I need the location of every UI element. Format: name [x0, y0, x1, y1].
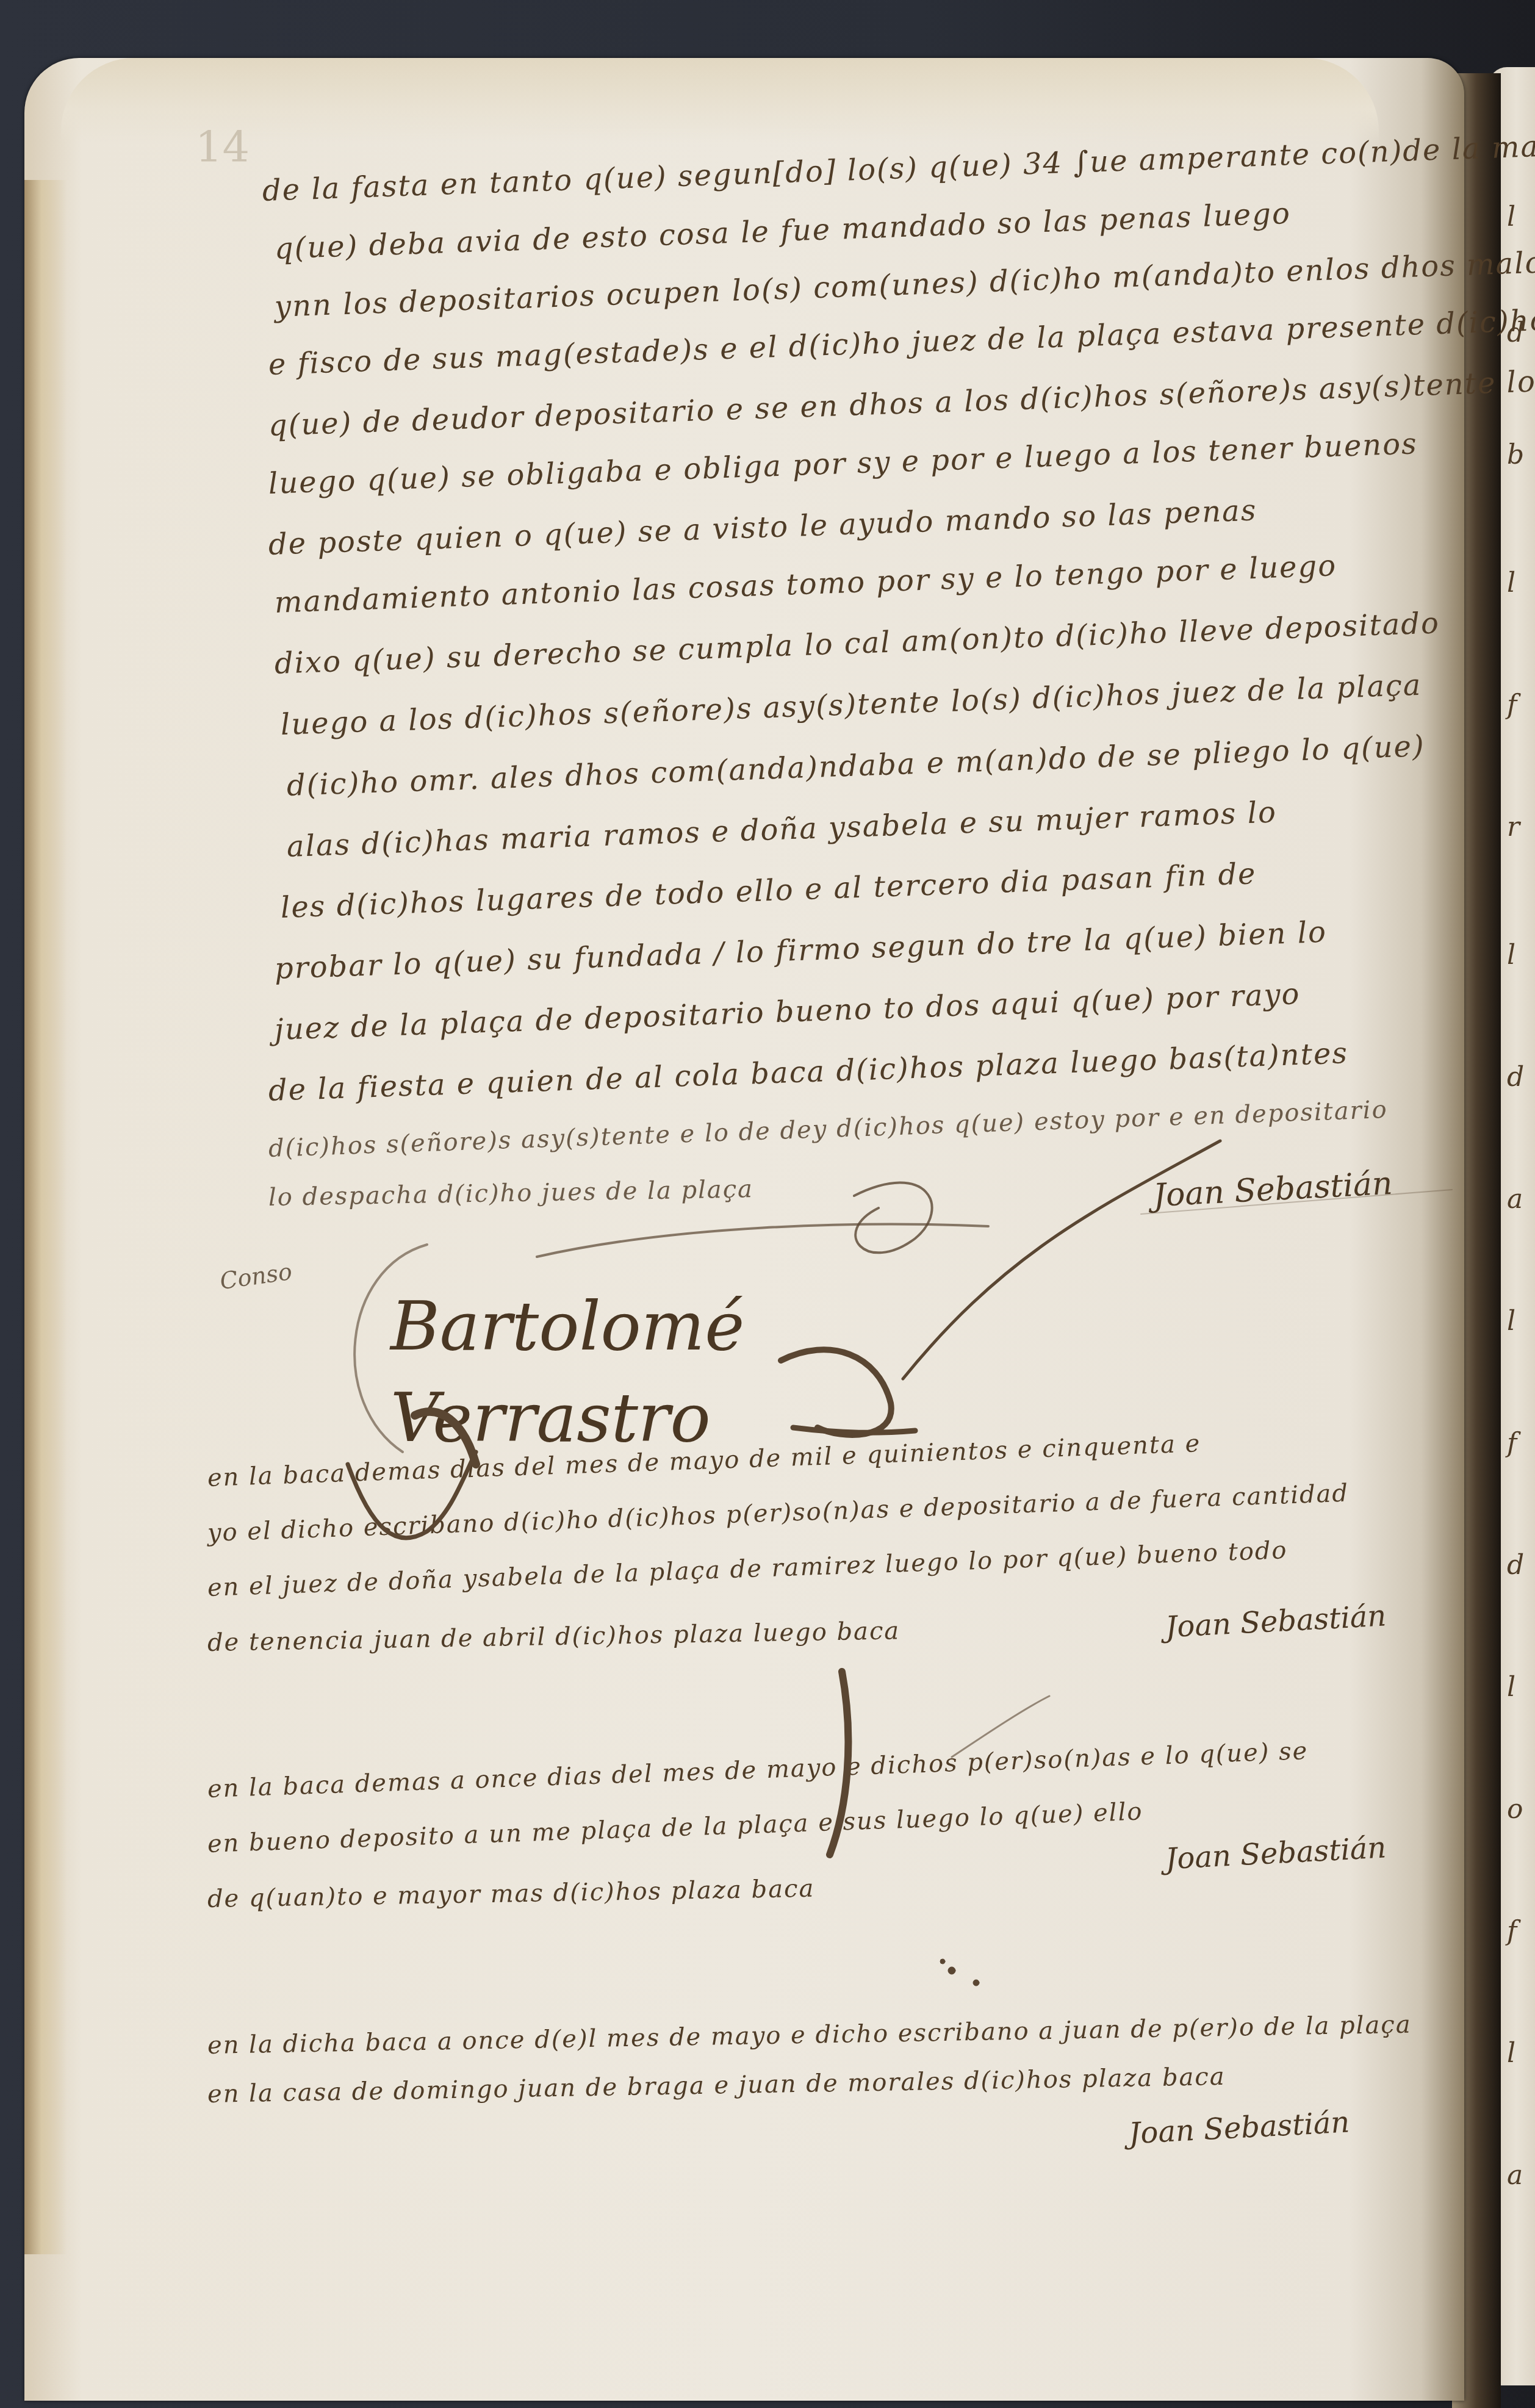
fragment-char: l	[1507, 1306, 1515, 1337]
signature-surname: Verrastro	[390, 1379, 711, 1457]
folio-number: 14	[195, 122, 250, 172]
page-left-edge	[24, 180, 67, 2254]
fragment-char: l	[1507, 201, 1515, 232]
fragment-char: f	[1507, 689, 1517, 721]
fragment-char: d	[1507, 1550, 1524, 1581]
fragment-char: l	[1507, 2038, 1515, 2069]
fragment-char: l	[1507, 940, 1515, 971]
page-top-wear	[61, 58, 1379, 143]
fragment-char: l	[1507, 567, 1515, 598]
fragment-char: a	[1507, 2160, 1523, 2191]
fragment-char: r	[1507, 811, 1520, 843]
fragment-char: o	[1507, 1794, 1523, 1825]
fragment-char: d	[1507, 317, 1524, 348]
fragment-char: d	[1507, 1062, 1524, 1093]
fragment-char: f	[1507, 1916, 1517, 1947]
fragment-char: f	[1507, 1428, 1517, 1459]
fragment-char: l	[1507, 1672, 1515, 1703]
fragment-char: a	[1507, 1184, 1523, 1215]
fragment-char: b	[1507, 439, 1524, 470]
signature-first-name: Bartolomé	[390, 1287, 744, 1365]
